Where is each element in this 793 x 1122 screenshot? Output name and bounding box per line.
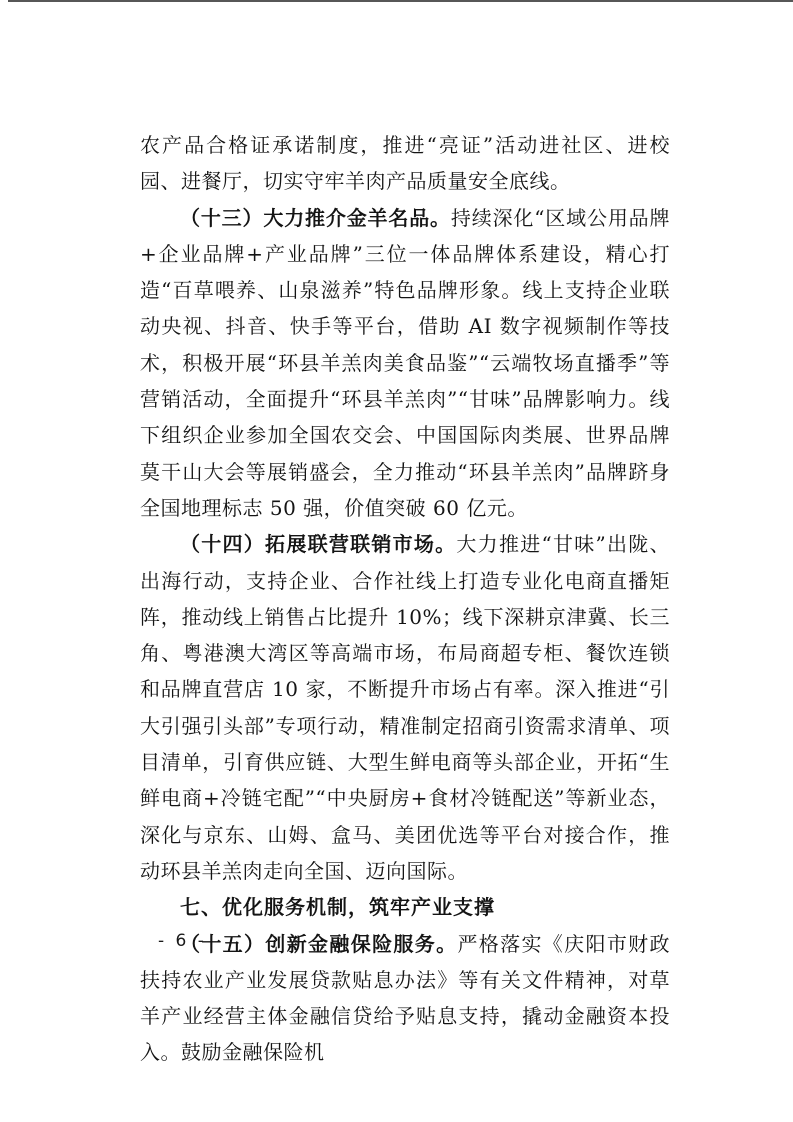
paragraph-text: 大力推进“甘味”出陇、出海行动，支持企业、合作社线上打造专业化电商直播矩阵，推动…	[140, 532, 670, 883]
paragraph-item-14: （十四）拓展联营联销市场。大力推进“甘味”出陇、出海行动，支持企业、合作社线上打…	[140, 526, 670, 889]
section-heading-7: 七、优化服务机制，筑牢产业支撑	[140, 889, 670, 925]
document-page: 农产品合格证承诺制度，推进“亮证”活动进社区、进校园、进餐厅，切实守牢羊肉产品质…	[0, 0, 793, 1122]
scan-edge-line	[8, 0, 793, 2]
paragraph-lead: （十五）创新金融保险服务。	[180, 932, 457, 956]
paragraph-text: 农产品合格证承诺制度，推进“亮证”活动进社区、进校园、进餐厅，切实守牢羊肉产品质…	[140, 133, 670, 193]
paragraph-text: 持续深化“区域公用品牌+企业品牌+产业品牌”三位一体品牌体系建设，精心打造“百草…	[140, 206, 670, 520]
paragraph-item-15: （十五）创新金融保险服务。严格落实《庆阳市财政扶持农业产业发展贷款贴息办法》等有…	[140, 926, 670, 1071]
paragraph-item-13: （十三）大力推介金羊名品。持续深化“区域公用品牌+企业品牌+产业品牌”三位一体品…	[140, 200, 670, 527]
paragraph-lead: （十四）拓展联营联销市场。	[180, 532, 456, 556]
paragraph-continuation: 农产品合格证承诺制度，推进“亮证”活动进社区、进校园、进餐厅，切实守牢羊肉产品质…	[140, 127, 670, 200]
page-number: - 6 -	[158, 931, 207, 951]
document-body: 农产品合格证承诺制度，推进“亮证”活动进社区、进校园、进餐厅，切实守牢羊肉产品质…	[140, 127, 670, 1071]
paragraph-lead: （十三）大力推介金羊名品。	[180, 206, 451, 230]
section-heading-text: 七、优化服务机制，筑牢产业支撑	[180, 895, 495, 919]
